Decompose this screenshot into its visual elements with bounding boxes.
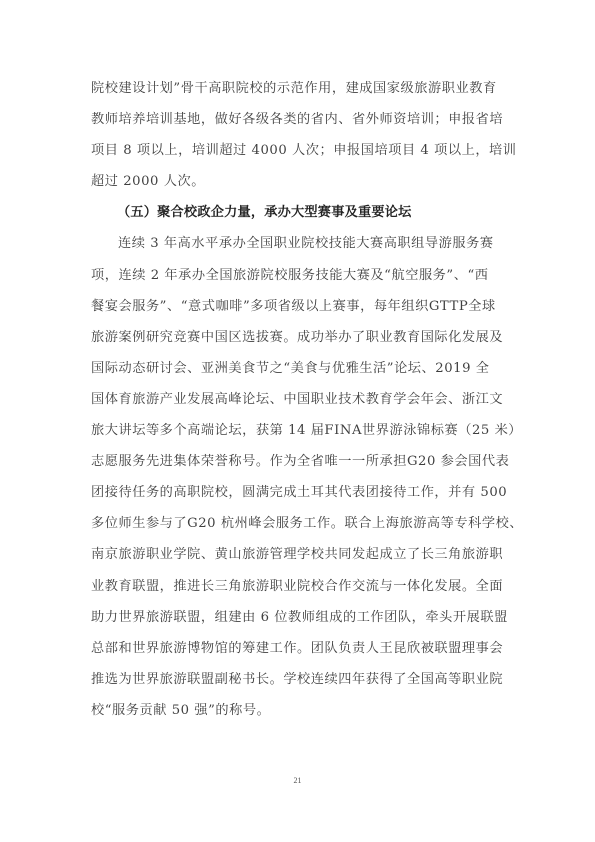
text-line: 南京旅游职业学院、黄山旅游管理学校共同发起成立了长三角旅游职 [91,543,509,574]
text-line: 志愿服务先进集体荣誉称号。作为全省唯一一所承担G20 参会国代表 [91,450,509,481]
text-line: 教师培养培训基地，做好各级各类的省内、省外师资培训；申报省培 [91,108,509,139]
text-line: 餐宴会服务”、“意式咖啡”多项省级以上赛事，每年组织GTTP全球 [91,295,509,326]
text-line: 超过 2000 人次。 [91,170,509,201]
text-line: 团接待任务的高职院校，圆满完成土耳其代表团接待工作，并有 500 [91,481,509,512]
text-line: 助力世界旅游联盟，组建由 6 位教师组成的工作团队，牵头开展联盟 [91,606,509,637]
text-line: 业教育联盟，推进长三角旅游职业院校合作交流与一体化发展。全面 [91,575,509,606]
text-line: 多位师生参与了G20 杭州峰会服务工作。联合上海旅游高等专科学校、 [91,512,509,543]
text-line: 总部和世界旅游博物馆的筹建工作。团队负责人王昆欣被联盟理事会 [91,637,509,668]
text-line: 旅游案例研究竞赛中国区选拔赛。成功举办了职业教育国际化发展及 [91,326,509,357]
paragraph-first-line: 连续 3 年高水平承办全国职业院校技能大赛高职组导游服务赛 [91,232,509,263]
body-text: 院校建设计划”骨干高职院校的示范作用，建成国家级旅游职业教育 教师培养培训基地，… [91,77,509,730]
text-line: 校“服务贡献 50 强”的称号。 [91,699,509,730]
text-line: 项，连续 2 年承办全国旅游院校服务技能大赛及“航空服务”、“西 [91,264,509,295]
document-page: 院校建设计划”骨干高职院校的示范作用，建成国家级旅游职业教育 教师培养培训基地，… [0,0,595,842]
text-line: 旅大讲坛等多个高端论坛，获第 14 届FINA世界游泳锦标赛（25 米） [91,419,509,450]
section-heading: （五）聚合校政企力量，承办大型赛事及重要论坛 [91,201,509,232]
page-number: 21 [0,776,595,785]
text-line: 项目 8 项以上，培训超过 4000 人次；申报国培项目 4 项以上，培训 [91,139,509,170]
text-line: 推选为世界旅游联盟副秘书长。学校连续四年获得了全国高等职业院 [91,668,509,699]
text-line: 院校建设计划”骨干高职院校的示范作用，建成国家级旅游职业教育 [91,77,509,108]
text-line: 国际动态研讨会、亚洲美食节之“美食与优雅生活”论坛、2019 全 [91,357,509,388]
text-line: 国体育旅游产业发展高峰论坛、中国职业技术教育学会年会、浙江文 [91,388,509,419]
